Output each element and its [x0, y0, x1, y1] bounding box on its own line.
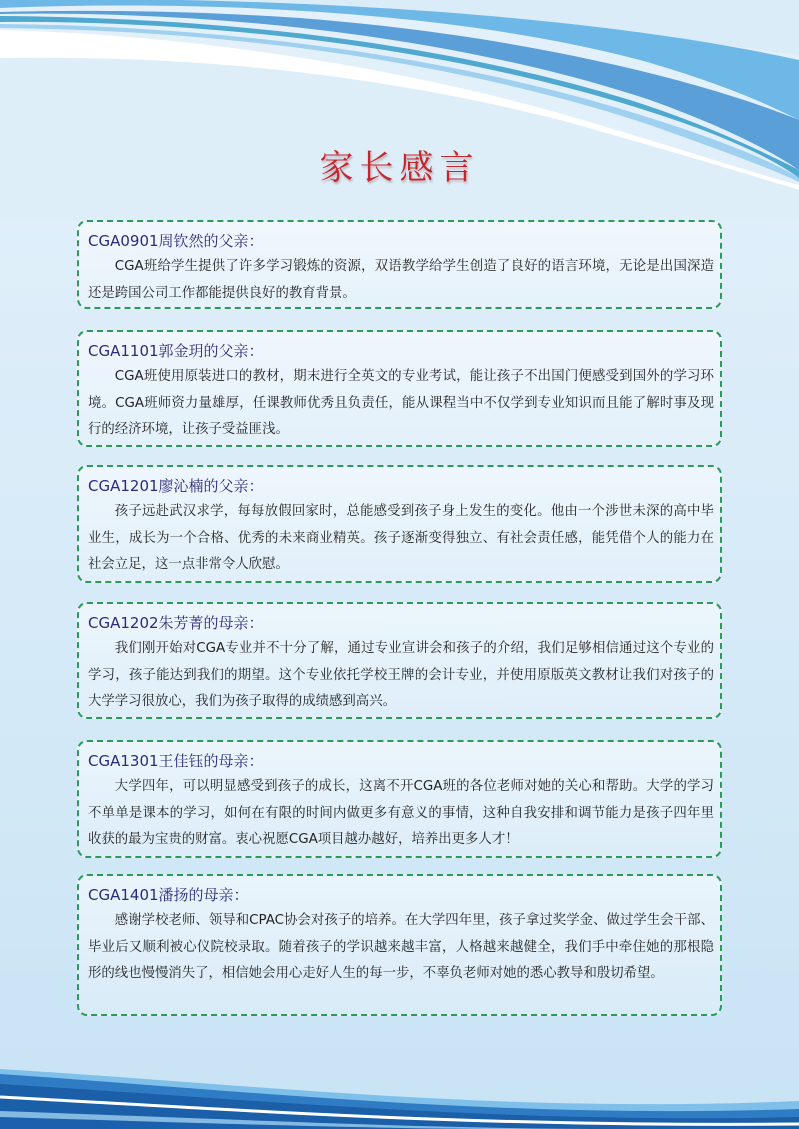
testimonial-body: CGA班使用原装进口的教材，期末进行全英文的专业考试，能让孩子不出国门便感受到国…: [88, 364, 714, 444]
testimonial-heading: CGA1201廖沁楠的父亲：: [88, 473, 714, 499]
testimonial-heading: CGA1301王佳钰的母亲：: [88, 748, 714, 774]
testimonial-heading: CGA0901周钦然的父亲：: [88, 228, 714, 254]
testimonial-heading: CGA1401潘扬的母亲：: [88, 882, 714, 908]
testimonial-card-2: CGA1101郭金玥的父亲： CGA班使用原装进口的教材，期末进行全英文的专业考…: [77, 330, 722, 447]
testimonial-card-3: CGA1201廖沁楠的父亲： 孩子远赴武汉求学，每每放假回家时，总能感受到孩子身…: [77, 465, 722, 583]
testimonial-card-5: CGA1301王佳钰的母亲： 大学四年，可以明显感受到孩子的成长，这离不开CGA…: [77, 740, 722, 858]
testimonial-body: CGA班给学生提供了许多学习锻炼的资源，双语教学给学生创造了良好的语言环境，无论…: [88, 254, 714, 307]
page-title: 家长感言: [0, 140, 799, 189]
testimonial-card-1: CGA0901周钦然的父亲： CGA班给学生提供了许多学习锻炼的资源，双语教学给…: [77, 220, 722, 309]
testimonial-card-6: CGA1401潘扬的母亲： 感谢学校老师、领导和CPAC协会对孩子的培养。在大学…: [77, 874, 722, 1016]
testimonial-card-4: CGA1202朱芳菁的母亲： 我们刚开始对CGA专业并不十分了解，通过专业宣讲会…: [77, 602, 722, 719]
testimonial-body: 我们刚开始对CGA专业并不十分了解，通过专业宣讲会和孩子的介绍，我们足够相信通过…: [88, 636, 714, 716]
testimonial-body: 孩子远赴武汉求学，每每放假回家时，总能感受到孩子身上发生的变化。他由一个涉世未深…: [88, 499, 714, 579]
bottom-wave-decoration: [0, 1039, 799, 1129]
testimonial-heading: CGA1202朱芳菁的母亲：: [88, 610, 714, 636]
testimonial-body: 大学四年，可以明显感受到孩子的成长，这离不开CGA班的各位老师对她的关心和帮助。…: [88, 774, 714, 854]
testimonial-heading: CGA1101郭金玥的父亲：: [88, 338, 714, 364]
testimonial-body: 感谢学校老师、领导和CPAC协会对孩子的培养。在大学四年里，孩子拿过奖学金、做过…: [88, 908, 714, 988]
